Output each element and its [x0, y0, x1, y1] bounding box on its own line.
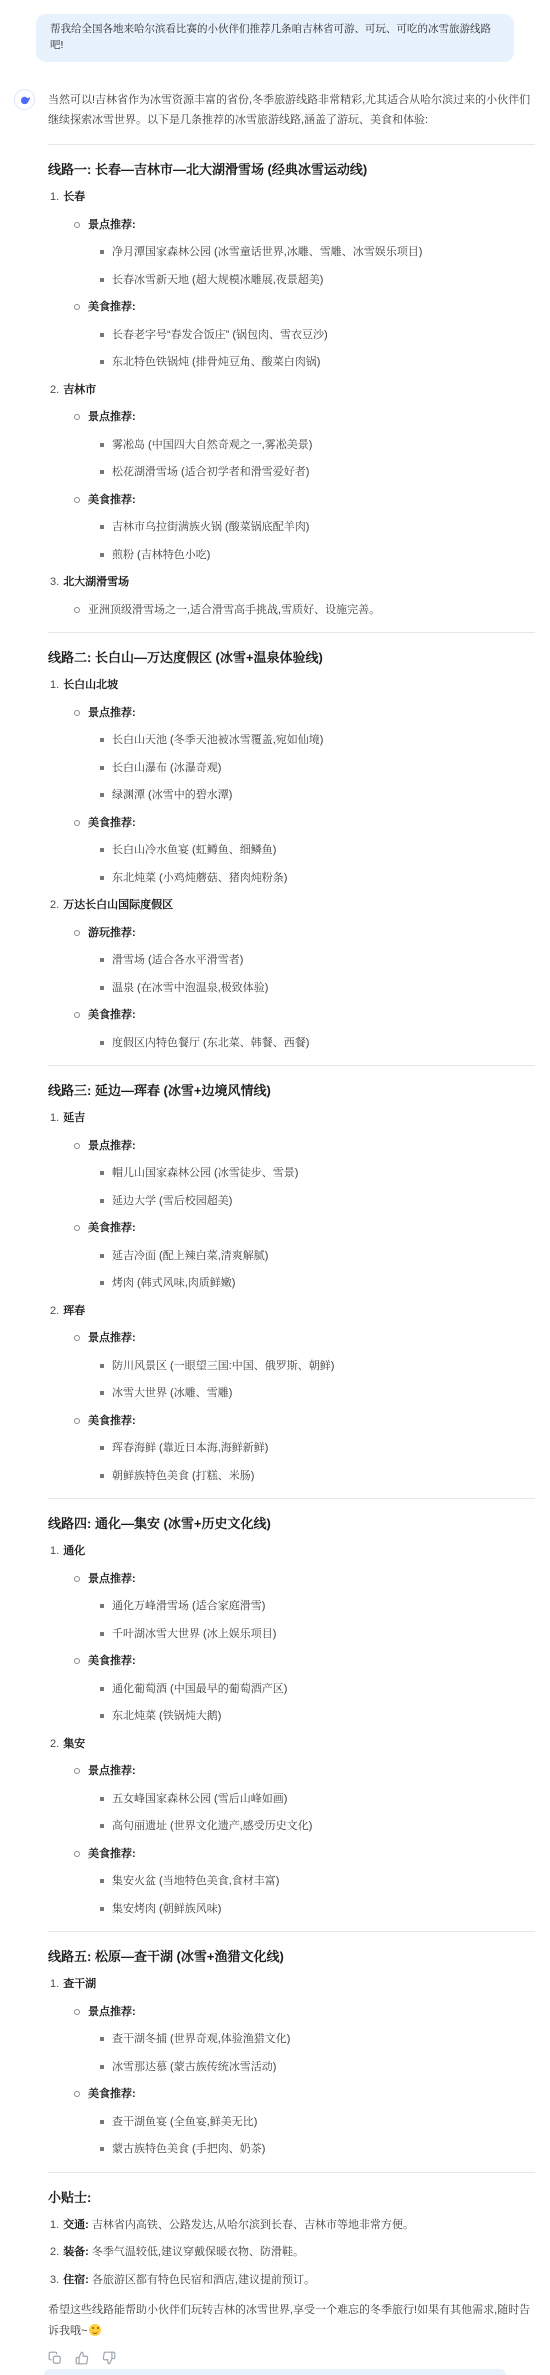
category-row: 美食推荐: [74, 1653, 535, 1670]
bullet-circle-icon [74, 1418, 80, 1424]
item-row: 高句丽遗址 (世界文化遗产,感受历史文化) [100, 1818, 535, 1835]
assistant-intro: 当然可以!吉林省作为冰雪资源丰富的省份,冬季旅游线路非常精彩,尤其适合从哈尔滨过… [48, 90, 535, 131]
item-row: 东北炖菜 (铁锅炖大鹅) [100, 1708, 535, 1725]
stop-number: 2. [50, 899, 59, 911]
item-row: 延吉冷面 (配上辣白菜,清爽解腻) [100, 1248, 535, 1265]
bullet-square-icon [100, 1907, 104, 1911]
bullet-circle-icon [74, 1576, 80, 1582]
stop-name: 长白山北坡 [63, 679, 118, 691]
category-label: 美食推荐: [88, 1007, 136, 1024]
route-title: 线路一: 长春—吉林市—北大湖滑雪场 (经典冰雪运动线) [48, 159, 535, 178]
stop-number: 1. [50, 1978, 59, 1990]
bullet-circle-icon [74, 2009, 80, 2015]
bullet-square-icon [100, 2037, 104, 2041]
item-text: 东北特色铁锅炖 (排骨炖豆角、酸菜白肉锅) [112, 354, 320, 371]
bullet-square-icon [100, 470, 104, 474]
bullet-square-icon [100, 1714, 104, 1718]
item-row: 珲春海鲜 (靠近日本海,海鲜新鲜) [100, 1440, 535, 1457]
stop-heading: 2.集安 [50, 1736, 535, 1753]
stop-number: 2. [50, 1738, 59, 1750]
item-row: 长白山天池 (冬季天池被冰雪覆盖,宛如仙境) [100, 732, 535, 749]
bullet-square-icon [100, 443, 104, 447]
item-text: 查干湖鱼宴 (全鱼宴,鲜美无比) [112, 2114, 257, 2131]
item-text: 帽儿山国家森林公园 (冰雪徒步、雪景) [112, 1165, 298, 1182]
item-row: 长白山瀑布 (冰瀑奇观) [100, 760, 535, 777]
item-text: 冰雪那达慕 (蒙古族传统冰雪活动) [112, 2059, 276, 2076]
item-row: 度假区内特色餐厅 (东北菜、韩餐、西餐) [100, 1035, 535, 1052]
item-row: 防川风景区 (一眼望三国:中国、俄罗斯、朝鲜) [100, 1358, 535, 1375]
tip-label: 交通: [63, 2219, 89, 2231]
item-row: 集安火盆 (当地特色美食,食材丰富) [100, 1873, 535, 1890]
user-message-row: 帮我给全国各地来哈尔滨看比赛的小伙伴们推荐几条咱吉林省可游、可玩、可吃的冰雪旅游… [0, 0, 550, 62]
item-text: 吉林市乌拉街满族火锅 (酸菜锅底配羊肉) [112, 519, 309, 536]
item-row: 通化万峰滑雪场 (适合家庭滑雪) [100, 1598, 535, 1615]
item-row: 东北特色铁锅炖 (排骨炖豆角、酸菜白肉锅) [100, 354, 535, 371]
divider [48, 1065, 535, 1066]
route-title: 线路五: 松原—查干湖 (冰雪+渔猎文化线) [48, 1946, 535, 1965]
assistant-avatar [14, 89, 35, 110]
message-actions [48, 2351, 535, 2365]
routes-container: 线路一: 长春—吉林市—北大湖滑雪场 (经典冰雪运动线)1.长春景点推荐:净月潭… [48, 144, 535, 2173]
bullet-circle-icon [74, 1012, 80, 1018]
bullet-square-icon [100, 1604, 104, 1608]
bullet-square-icon [100, 333, 104, 337]
category-row: 美食推荐: [74, 1846, 535, 1863]
category-row: 景点推荐: [74, 705, 535, 722]
tip-row: 1.交通: 吉林省内高铁、公路发达,从哈尔滨到长春、吉林市等地非常方便。 [50, 2217, 535, 2234]
tips-list: 1.交通: 吉林省内高铁、公路发达,从哈尔滨到长春、吉林市等地非常方便。2.装备… [48, 2217, 535, 2289]
item-row: 查干湖冬捕 (世界奇观,体验渔猎文化) [100, 2031, 535, 2048]
category-row: 景点推荐: [74, 1138, 535, 1155]
bullet-square-icon [100, 2147, 104, 2151]
bullet-circle-icon [74, 820, 80, 826]
category-label: 景点推荐: [88, 705, 136, 722]
item-row: 查干湖鱼宴 (全鱼宴,鲜美无比) [100, 2114, 535, 2131]
bullet-circle-icon [74, 710, 80, 716]
thumbs-up-icon [75, 2351, 89, 2365]
item-text: 雾凇岛 (中国四大自然奇观之一,雾凇美景) [112, 437, 312, 454]
category-row: 景点推荐: [74, 1330, 535, 1347]
category-label: 景点推荐: [88, 1571, 136, 1588]
bullet-square-icon [100, 986, 104, 990]
route-title: 线路四: 通化—集安 (冰雪+历史文化线) [48, 1513, 535, 1532]
smiling-face-emoji-icon [89, 2324, 101, 2336]
divider [48, 1931, 535, 1932]
bullet-square-icon [100, 360, 104, 364]
item-row: 净月潭国家森林公园 (冰雪童话世界,冰雕、雪雕、冰雪娱乐项目) [100, 244, 535, 261]
bullet-square-icon [100, 2065, 104, 2069]
bullet-square-icon [100, 738, 104, 742]
item-text: 烤肉 (韩式风味,肉质鲜嫩) [112, 1275, 235, 1292]
item-row: 长春冰雪新天地 (超大规模冰雕展,夜景超美) [100, 272, 535, 289]
item-text: 绿渊潭 (冰雪中的碧水潭) [112, 787, 232, 804]
stop-heading: 2.珲春 [50, 1303, 535, 1320]
thumbs-up-button[interactable] [75, 2351, 89, 2365]
divider [48, 632, 535, 633]
thumbs-down-icon [102, 2351, 116, 2365]
item-row: 延边大学 (雪后校园超美) [100, 1193, 535, 1210]
item-row: 朝鲜族特色美食 (打糕、米肠) [100, 1468, 535, 1485]
bullet-square-icon [100, 1632, 104, 1636]
bullet-square-icon [100, 1687, 104, 1691]
category-row: 景点推荐: [74, 217, 535, 234]
bullet-square-icon [100, 1254, 104, 1258]
route-title: 线路三: 延边—珲春 (冰雪+边境风情线) [48, 1080, 535, 1099]
category-row: 美食推荐: [74, 815, 535, 832]
bullet-circle-icon [74, 304, 80, 310]
item-text: 通化葡萄酒 (中国最早的葡萄酒产区) [112, 1681, 287, 1698]
bullet-circle-icon [74, 2091, 80, 2097]
category-label: 美食推荐: [88, 1413, 136, 1430]
assistant-message: 当然可以!吉林省作为冰雪资源丰富的省份,冬季旅游线路非常精彩,尤其适合从哈尔滨过… [0, 88, 550, 2369]
item-row: 蒙古族特色美食 (手把肉、奶茶) [100, 2141, 535, 2158]
tip-text: 冬季气温较低,建议穿戴保暖衣物、防滑鞋。 [89, 2246, 304, 2258]
bullet-circle-icon [74, 607, 80, 613]
stop-name: 长春 [63, 191, 85, 203]
closing-paragraph: 希望这些线路能帮助小伙伴们玩转吉林的冰雪世界,享受一个难忘的冬季旅行!如果有其他… [48, 2300, 535, 2341]
item-row: 冰雪那达慕 (蒙古族传统冰雪活动) [100, 2059, 535, 2076]
category-label: 美食推荐: [88, 299, 136, 316]
category-row: 景点推荐: [74, 1571, 535, 1588]
category-label: 美食推荐: [88, 1846, 136, 1863]
category-label: 美食推荐: [88, 815, 136, 832]
copy-icon [48, 2351, 62, 2365]
tip-text: 各旅游区都有特色民宿和酒店,建议提前预订。 [89, 2274, 315, 2286]
item-text: 蒙古族特色美食 (手把肉、奶茶) [112, 2141, 265, 2158]
tip-label: 装备: [63, 2246, 89, 2258]
item-row: 滑雪场 (适合各水平滑雪者) [100, 952, 535, 969]
category-row: 景点推荐: [74, 2004, 535, 2021]
category-row: 美食推荐: [74, 299, 535, 316]
bullet-square-icon [100, 1879, 104, 1883]
category-label: 景点推荐: [88, 217, 136, 234]
bullet-circle-icon [74, 1225, 80, 1231]
item-text: 长白山天池 (冬季天池被冰雪覆盖,宛如仙境) [112, 732, 323, 749]
route-title: 线路二: 长白山—万达度假区 (冰雪+温泉体验线) [48, 647, 535, 666]
bullet-square-icon [100, 250, 104, 254]
bullet-circle-icon [74, 1143, 80, 1149]
stop-name: 北大湖滑雪场 [63, 576, 129, 588]
bullet-square-icon [100, 1364, 104, 1368]
divider [48, 1498, 535, 1499]
stop-name: 珲春 [63, 1305, 85, 1317]
stop-name: 延吉 [63, 1112, 85, 1124]
bullet-circle-icon [74, 930, 80, 936]
category-label: 景点推荐: [88, 2004, 136, 2021]
bullet-square-icon [100, 1797, 104, 1801]
item-row: 雾凇岛 (中国四大自然奇观之一,雾凇美景) [100, 437, 535, 454]
bullet-square-icon [100, 958, 104, 962]
tip-row: 3.住宿: 各旅游区都有特色民宿和酒店,建议提前预订。 [50, 2272, 535, 2289]
item-text: 千叶湖冰雪大世界 (冰上娱乐项目) [112, 1626, 276, 1643]
category-label: 美食推荐: [88, 1653, 136, 1670]
item-row: 千叶湖冰雪大世界 (冰上娱乐项目) [100, 1626, 535, 1643]
bullet-square-icon [100, 1474, 104, 1478]
item-row: 通化葡萄酒 (中国最早的葡萄酒产区) [100, 1681, 535, 1698]
bullet-square-icon [100, 1199, 104, 1203]
bullet-square-icon [100, 1281, 104, 1285]
bullet-square-icon [100, 553, 104, 557]
bullet-circle-icon [74, 1851, 80, 1857]
item-row: 烤肉 (韩式风味,肉质鲜嫩) [100, 1275, 535, 1292]
bullet-square-icon [100, 1446, 104, 1450]
stop-heading: 1.查干湖 [50, 1976, 535, 1993]
tip-label: 住宿: [63, 2274, 89, 2286]
tip-number: 1. [50, 2219, 59, 2231]
category-label: 景点推荐: [88, 1330, 136, 1347]
category-label: 景点推荐: [88, 1763, 136, 1780]
stop-number: 2. [50, 384, 59, 396]
stop-heading: 1.延吉 [50, 1110, 535, 1127]
item-row: 煎粉 (吉林特色小吃) [100, 547, 535, 564]
item-text: 延吉冷面 (配上辣白菜,清爽解腻) [112, 1248, 268, 1265]
bullet-circle-icon [74, 1335, 80, 1341]
tips-section: 小贴士: 1.交通: 吉林省内高铁、公路发达,从哈尔滨到长春、吉林市等地非常方便… [48, 2187, 535, 2289]
stop-heading: 2.吉林市 [50, 382, 535, 399]
next-message-bubble-partial [44, 2369, 506, 2375]
stop-heading: 1.长白山北坡 [50, 677, 535, 694]
category-row: 美食推荐: [74, 1007, 535, 1024]
item-text: 煎粉 (吉林特色小吃) [112, 547, 210, 564]
bullet-square-icon [100, 278, 104, 282]
item-text: 长白山瀑布 (冰瀑奇观) [112, 760, 221, 777]
category-label: 景点推荐: [88, 409, 136, 426]
stop-name: 集安 [63, 1738, 85, 1750]
item-row: 集安烤肉 (朝鲜族风味) [100, 1901, 535, 1918]
thumbs-down-button[interactable] [102, 2351, 116, 2365]
stop-name: 通化 [63, 1545, 85, 1557]
item-text: 延边大学 (雪后校园超美) [112, 1193, 232, 1210]
category-row: 美食推荐: [74, 2086, 535, 2103]
user-message-bubble: 帮我给全国各地来哈尔滨看比赛的小伙伴们推荐几条咱吉林省可游、可玩、可吃的冰雪旅游… [36, 14, 514, 62]
bullet-square-icon [100, 848, 104, 852]
bullet-square-icon [100, 876, 104, 880]
item-text: 高句丽遗址 (世界文化遗产,感受历史文化) [112, 1818, 312, 1835]
category-row: 美食推荐: [74, 492, 535, 509]
bullet-circle-icon [74, 1768, 80, 1774]
whale-logo-icon [18, 93, 31, 106]
category-row: 景点推荐: [74, 1763, 535, 1780]
item-text: 珲春海鲜 (靠近日本海,海鲜新鲜) [112, 1440, 268, 1457]
item-row: 东北炖菜 (小鸡炖蘑菇、猪肉炖粉条) [100, 870, 535, 887]
category-label: 美食推荐: [88, 492, 136, 509]
bullet-circle-icon [74, 222, 80, 228]
closing-text: 希望这些线路能帮助小伙伴们玩转吉林的冰雪世界,享受一个难忘的冬季旅行!如果有其他… [48, 2304, 530, 2336]
divider [48, 2172, 535, 2173]
stop-number: 1. [50, 1112, 59, 1124]
bullet-square-icon [100, 1171, 104, 1175]
category-label: 美食推荐: [88, 2086, 136, 2103]
item-text: 长春老字号“春发合饭庄” (锅包肉、雪衣豆沙) [112, 327, 328, 344]
bullet-circle-icon [74, 1658, 80, 1664]
copy-button[interactable] [48, 2351, 62, 2365]
item-text: 度假区内特色餐厅 (东北菜、韩餐、西餐) [112, 1035, 309, 1052]
bullet-circle-icon [74, 497, 80, 503]
item-text: 滑雪场 (适合各水平滑雪者) [112, 952, 243, 969]
item-row: 帽儿山国家森林公园 (冰雪徒步、雪景) [100, 1165, 535, 1182]
stop-name: 吉林市 [63, 384, 96, 396]
item-row: 温泉 (在冰雪中泡温泉,极致体验) [100, 980, 535, 997]
stop-number: 2. [50, 1305, 59, 1317]
item-text: 净月潭国家森林公园 (冰雪童话世界,冰雕、雪雕、冰雪娱乐项目) [112, 244, 422, 261]
bullet-square-icon [100, 1041, 104, 1045]
category-label: 美食推荐: [88, 1220, 136, 1237]
item-text: 五女峰国家森林公园 (雪后山峰如画) [112, 1791, 287, 1808]
item-text: 东北炖菜 (铁锅炖大鹅) [112, 1708, 221, 1725]
stop-heading: 1.通化 [50, 1543, 535, 1560]
category-row: 美食推荐: [74, 1413, 535, 1430]
item-row: 长春老字号“春发合饭庄” (锅包肉、雪衣豆沙) [100, 327, 535, 344]
bullet-square-icon [100, 2120, 104, 2124]
stop-heading: 3.北大湖滑雪场 [50, 574, 535, 591]
item-text: 防川风景区 (一眼望三国:中国、俄罗斯、朝鲜) [112, 1358, 334, 1375]
item-text: 东北炖菜 (小鸡炖蘑菇、猪肉炖粉条) [112, 870, 287, 887]
item-row: 吉林市乌拉街满族火锅 (酸菜锅底配羊肉) [100, 519, 535, 536]
stop-number: 1. [50, 679, 59, 691]
tip-row: 2.装备: 冬季气温较低,建议穿戴保暖衣物、防滑鞋。 [50, 2244, 535, 2261]
stop-number: 1. [50, 1545, 59, 1557]
category-row: 景点推荐: [74, 409, 535, 426]
stop-heading: 1.长春 [50, 189, 535, 206]
stop-name: 查干湖 [63, 1978, 96, 1990]
item-text: 长春冰雪新天地 (超大规模冰雕展,夜景超美) [112, 272, 323, 289]
bullet-square-icon [100, 1391, 104, 1395]
tip-text: 吉林省内高铁、公路发达,从哈尔滨到长春、吉林市等地非常方便。 [89, 2219, 414, 2231]
assistant-content: 当然可以!吉林省作为冰雪资源丰富的省份,冬季旅游线路非常精彩,尤其适合从哈尔滨过… [48, 88, 535, 2369]
tips-title: 小贴士: [48, 2187, 535, 2206]
bullet-square-icon [100, 766, 104, 770]
item-text: 通化万峰滑雪场 (适合家庭滑雪) [112, 1598, 265, 1615]
item-text: 长白山冷水鱼宴 (虹鳟鱼、细鳞鱼) [112, 842, 276, 859]
note-text: 亚洲顶级滑雪场之一,适合滑雪高手挑战,雪质好、设施完善。 [88, 602, 380, 619]
item-row: 长白山冷水鱼宴 (虹鳟鱼、细鳞鱼) [100, 842, 535, 859]
item-row: 五女峰国家森林公园 (雪后山峰如画) [100, 1791, 535, 1808]
stop-heading: 2.万达长白山国际度假区 [50, 897, 535, 914]
item-row: 冰雪大世界 (冰雕、雪雕) [100, 1385, 535, 1402]
category-label: 游玩推荐: [88, 925, 136, 942]
bullet-square-icon [100, 793, 104, 797]
bullet-circle-icon [74, 414, 80, 420]
item-text: 温泉 (在冰雪中泡温泉,极致体验) [112, 980, 268, 997]
item-text: 集安烤肉 (朝鲜族风味) [112, 1901, 221, 1918]
bullet-square-icon [100, 1824, 104, 1828]
item-text: 朝鲜族特色美食 (打糕、米肠) [112, 1468, 254, 1485]
chat-page: 帮我给全国各地来哈尔滨看比赛的小伙伴们推荐几条咱吉林省可游、可玩、可吃的冰雪旅游… [0, 0, 550, 2375]
bullet-square-icon [100, 525, 104, 529]
category-row: 游玩推荐: [74, 925, 535, 942]
note-row: 亚洲顶级滑雪场之一,适合滑雪高手挑战,雪质好、设施完善。 [74, 602, 535, 619]
item-text: 查干湖冬捕 (世界奇观,体验渔猎文化) [112, 2031, 290, 2048]
item-text: 集安火盆 (当地特色美食,食材丰富) [112, 1873, 279, 1890]
divider [48, 144, 535, 145]
category-label: 景点推荐: [88, 1138, 136, 1155]
item-row: 绿渊潭 (冰雪中的碧水潭) [100, 787, 535, 804]
stop-number: 3. [50, 576, 59, 588]
stop-number: 1. [50, 191, 59, 203]
tip-number: 3. [50, 2274, 59, 2286]
item-row: 松花湖滑雪场 (适合初学者和滑雪爱好者) [100, 464, 535, 481]
tip-number: 2. [50, 2246, 59, 2258]
category-row: 美食推荐: [74, 1220, 535, 1237]
item-text: 松花湖滑雪场 (适合初学者和滑雪爱好者) [112, 464, 309, 481]
item-text: 冰雪大世界 (冰雕、雪雕) [112, 1385, 232, 1402]
stop-name: 万达长白山国际度假区 [63, 899, 173, 911]
